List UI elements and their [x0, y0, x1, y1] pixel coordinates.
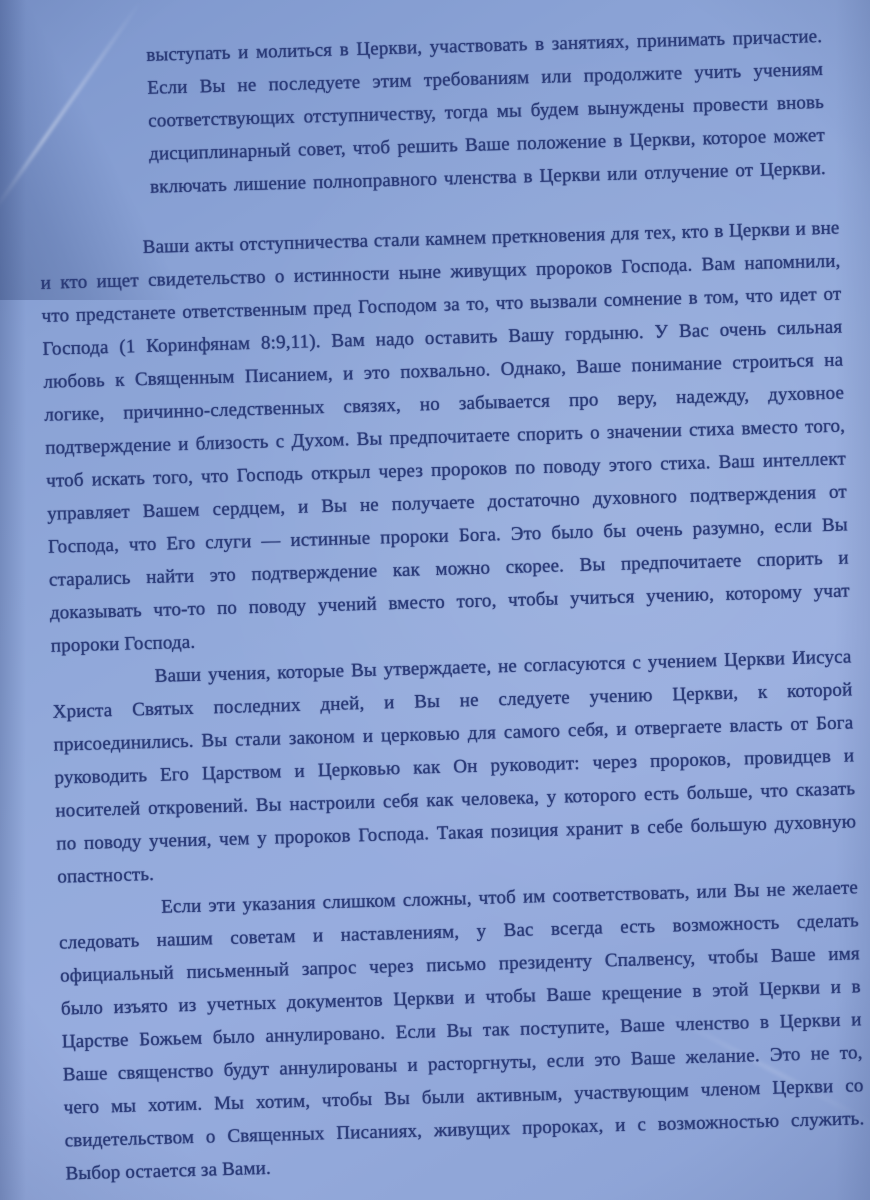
letter-text: выступать и молиться в Церкви, участвова…	[34, 20, 866, 1191]
paragraph-discipline-warning: выступать и молиться в Церкви, участвова…	[146, 20, 826, 204]
document-photo: выступать и молиться в Церкви, участвова…	[0, 0, 870, 1200]
paragraph-apostasy-acts: Ваши акты отступничества стали камнем пр…	[39, 212, 851, 663]
paragraph-teachings-conflict: Ваши учения, которые Вы утверждаете, не …	[51, 640, 857, 893]
paragraph-name-removal-option: Если эти указания слишком сложны, чтоб и…	[58, 871, 866, 1190]
paper-page: выступать и молиться в Церкви, участвова…	[0, 0, 870, 1200]
